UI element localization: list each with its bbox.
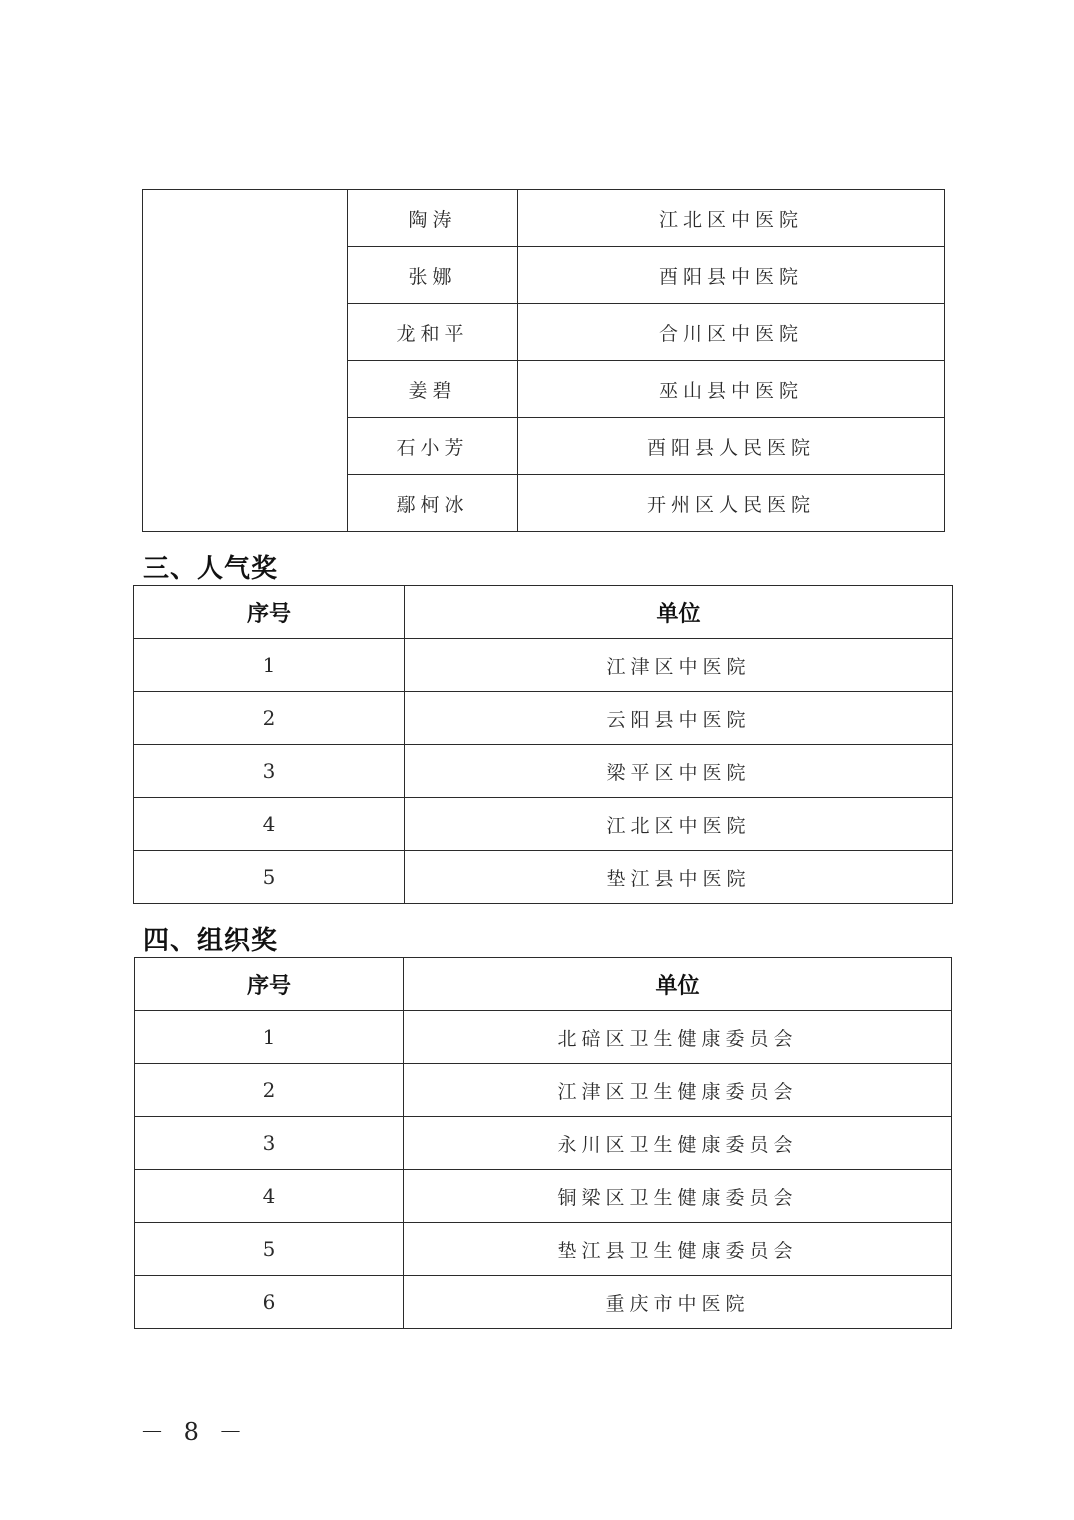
person-name: 陶涛	[348, 190, 518, 247]
row-index: 5	[135, 1223, 404, 1276]
table-row: 4 铜梁区卫生健康委员会	[135, 1170, 952, 1223]
row-index: 4	[134, 798, 405, 851]
table-header-row: 序号 单位	[134, 586, 953, 639]
person-name: 石小芳	[348, 418, 518, 475]
unit-name: 江北区中医院	[518, 190, 945, 247]
row-index: 1	[134, 639, 405, 692]
organization-award-table: 序号 单位 1 北碚区卫生健康委员会 2 江津区卫生健康委员会 3 永川区卫生健…	[134, 957, 952, 1329]
table-row: 5 垫江县中医院	[134, 851, 953, 904]
unit-name: 梁平区中医院	[405, 745, 953, 798]
section-title-organization-award: 四、组织奖	[143, 920, 278, 957]
unit-name: 江津区卫生健康委员会	[404, 1064, 952, 1117]
table-row: 1 北碚区卫生健康委员会	[135, 1011, 952, 1064]
table-row: 6 重庆市中医院	[135, 1276, 952, 1329]
unit-name: 垫江县中医院	[405, 851, 953, 904]
unit-name: 酉阳县中医院	[518, 247, 945, 304]
section-title-popularity-award: 三、人气奖	[143, 548, 278, 585]
person-name: 姜碧	[348, 361, 518, 418]
unit-name: 铜梁区卫生健康委员会	[404, 1170, 952, 1223]
category-cell-empty	[143, 190, 348, 532]
table-row: 5 垫江县卫生健康委员会	[135, 1223, 952, 1276]
table-header-row: 序号 单位	[135, 958, 952, 1011]
table-row: 4 江北区中医院	[134, 798, 953, 851]
row-index: 2	[135, 1064, 404, 1117]
table-row: 陶涛 江北区中医院	[143, 190, 945, 247]
continuation-table: 陶涛 江北区中医院 张娜 酉阳县中医院 龙和平 合川区中医院 姜碧 巫山县中医院…	[142, 189, 945, 532]
unit-name: 江津区中医院	[405, 639, 953, 692]
unit-name: 开州区人民医院	[518, 475, 945, 532]
unit-name: 云阳县中医院	[405, 692, 953, 745]
row-index: 6	[135, 1276, 404, 1329]
unit-name: 永川区卫生健康委员会	[404, 1117, 952, 1170]
unit-name: 巫山县中医院	[518, 361, 945, 418]
table-row: 2 云阳县中医院	[134, 692, 953, 745]
person-name: 鄢柯冰	[348, 475, 518, 532]
table-row: 2 江津区卫生健康委员会	[135, 1064, 952, 1117]
person-name: 龙和平	[348, 304, 518, 361]
popularity-award-table: 序号 单位 1 江津区中医院 2 云阳县中医院 3 梁平区中医院 4 江北区中医…	[133, 585, 953, 904]
row-index: 4	[135, 1170, 404, 1223]
table-row: 3 梁平区中医院	[134, 745, 953, 798]
row-index: 2	[134, 692, 405, 745]
unit-name: 酉阳县人民医院	[518, 418, 945, 475]
unit-name: 北碚区卫生健康委员会	[404, 1011, 952, 1064]
unit-name: 垫江县卫生健康委员会	[404, 1223, 952, 1276]
row-index: 3	[135, 1117, 404, 1170]
unit-name: 江北区中医院	[405, 798, 953, 851]
person-name: 张娜	[348, 247, 518, 304]
header-unit: 单位	[404, 958, 952, 1011]
header-unit: 单位	[405, 586, 953, 639]
table-row: 1 江津区中医院	[134, 639, 953, 692]
header-index: 序号	[134, 586, 405, 639]
page-number: － 8 －	[140, 1412, 249, 1447]
table-row: 3 永川区卫生健康委员会	[135, 1117, 952, 1170]
header-index: 序号	[135, 958, 404, 1011]
row-index: 1	[135, 1011, 404, 1064]
unit-name: 重庆市中医院	[404, 1276, 952, 1329]
unit-name: 合川区中医院	[518, 304, 945, 361]
row-index: 5	[134, 851, 405, 904]
row-index: 3	[134, 745, 405, 798]
